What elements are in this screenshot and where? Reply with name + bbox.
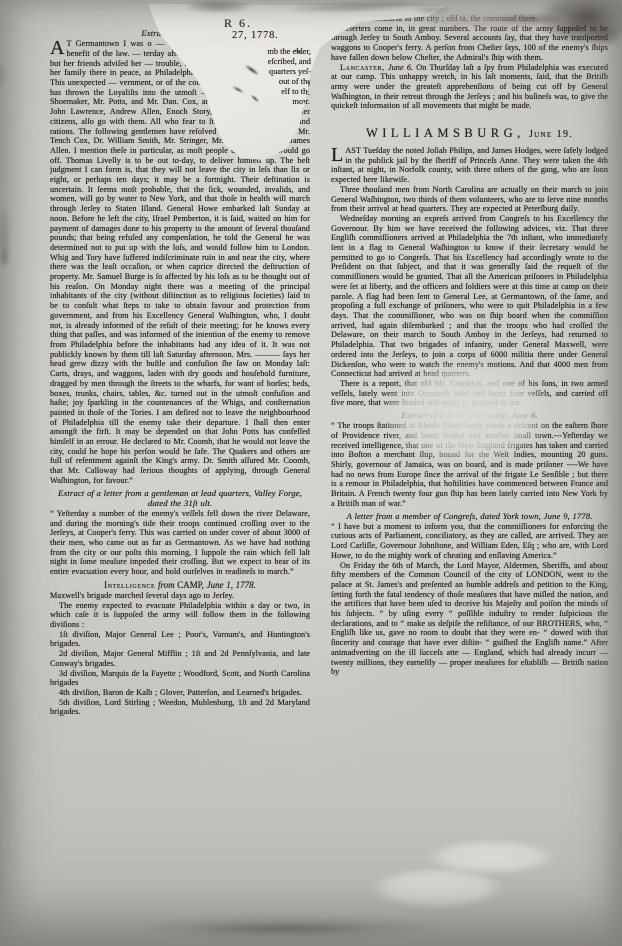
- wednesday-express-paragraph: Wedneſday morning an expreſs arrived fro…: [331, 214, 608, 379]
- fragment-line: mb the elder,: [215, 47, 311, 57]
- newspaper-page-scan: Extract of a letter fro AT Germantown I …: [0, 0, 622, 946]
- rhode-island-paragraph: “ The troops ſtationed at Rhode Iſland l…: [331, 421, 608, 508]
- fragment-line: be: [215, 107, 311, 117]
- dropcap-l: L: [331, 147, 343, 164]
- intelligence-label: Intelligence: [104, 580, 155, 590]
- tuesday-paragraph: LAST Tueſday the noted Joſiah Philips, a…: [331, 146, 608, 185]
- goodrich-paragraph: There is a report, that old Mr. Goodrich…: [331, 379, 608, 408]
- congress-letter-body: “ I have but a moment to inform you, tha…: [331, 522, 608, 561]
- carolina-paragraph: Three thouſand men from North Carolina a…: [331, 185, 608, 214]
- camp-word: CAMP,: [177, 580, 206, 590]
- from-word: from: [155, 580, 177, 590]
- maxwell-line: Maxwell's brigade marched ſeveral days a…: [50, 591, 310, 601]
- fragment-line: eſcribed, and: [215, 57, 311, 67]
- williamsburg-date: June 19.: [525, 129, 573, 140]
- williamsburg-masthead: WILLIAMSBURG, June 19.: [331, 126, 608, 142]
- enemy-expected-paragraph: The enemy expected to evacuate Philadelp…: [50, 601, 310, 630]
- dropcap-a: A: [50, 40, 65, 57]
- camp-date: June 1, 1778.: [207, 580, 256, 590]
- camp-extract-heading: Extract of a letter from camp, June 6.: [335, 410, 604, 420]
- left-column: Extract of a letter fro AT Germantown I …: [50, 26, 310, 940]
- valley-forge-extract-heading: Extract of a letter from a gentleman at …: [54, 488, 306, 508]
- division-line: 3d diviſion, Marquis de la Fayette ; Woo…: [50, 669, 310, 688]
- fragment-issue-number: R 6.: [224, 16, 252, 31]
- fragment-line: quarters yeſ-: [215, 67, 311, 77]
- london-petition-paragraph: On Friday the 6th of March, the Lord May…: [331, 561, 608, 677]
- congress-letter-heading: A letter from a member of Congreſs, date…: [335, 511, 604, 521]
- williamsburg-title: WILLIAMSBURG,: [366, 126, 525, 140]
- left-margin-mark: [0, 205, 10, 267]
- intelligence-from-camp-heading: Intelligence from CAMP, June 1, 1778.: [50, 580, 310, 590]
- left-margin-mark: [0, 246, 9, 268]
- lancaster-date: June 6.: [385, 63, 413, 72]
- valley-forge-body: “ Yeſterday a number of the enemy's veſſ…: [50, 509, 310, 577]
- lancaster-dateline: Lancaster,: [340, 63, 385, 72]
- division-line: 5th diviſion, Lord Stirling ; Weedon, Mu…: [50, 698, 310, 717]
- lancaster-paragraph: Lancaster, June 6. On Thurſday laſt a ſp…: [331, 63, 608, 112]
- fragment-line: elf to the: [215, 87, 311, 97]
- fragment-line: move: [215, 97, 311, 107]
- right-column: Jackſon's detachment to the city ; old t…: [331, 14, 608, 938]
- fragment-line: out of the: [215, 77, 311, 87]
- left-margin-mark: [0, 60, 6, 90]
- fragment-date: 27, 1778.: [232, 30, 279, 41]
- division-line: 1ſt diviſion, Major General Lee ; Poor's…: [50, 630, 310, 649]
- tuesday-text: AST Tueſday the noted Joſiah Philips, an…: [331, 146, 608, 184]
- fragment-line-ends: mb the elder, eſcribed, and quarters yeſ…: [215, 47, 311, 117]
- division-line: 4th diviſion, Baron de Kalb ; Glover, Pa…: [50, 688, 310, 698]
- division-line: 2d diviſion, Major General Mifflin ; 1ſt…: [50, 649, 310, 668]
- deserters-paragraph: Deſerters come in, in great numbers. The…: [331, 24, 608, 63]
